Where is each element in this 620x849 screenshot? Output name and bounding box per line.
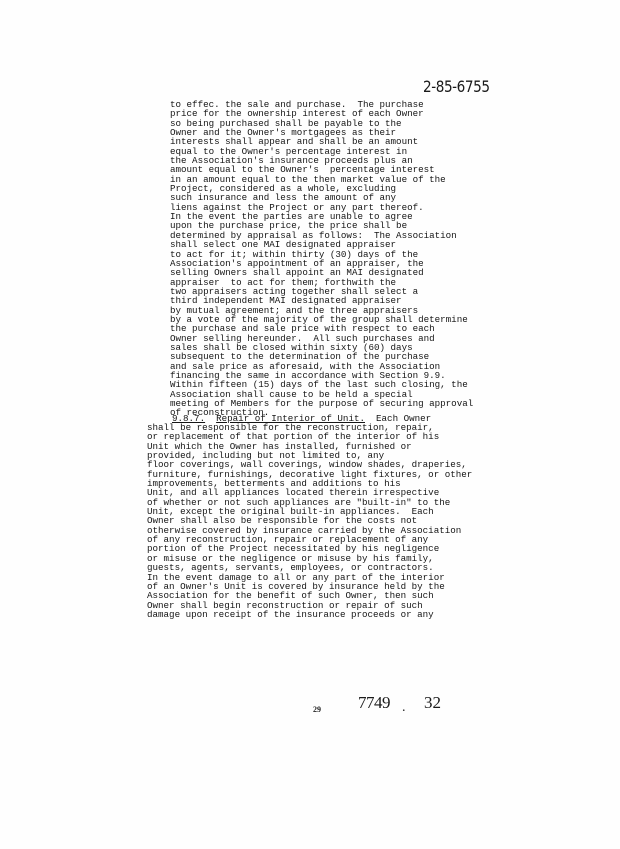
recording-stamp: 2-85-6755 [423, 77, 490, 96]
document-page: 2-85-6755 to effec. the sale and purchas… [0, 0, 620, 849]
book-number: 7749 [358, 693, 390, 713]
paragraph-repair-interior: shall be responsible for the reconstruct… [147, 423, 472, 619]
book-page-number: 32 [424, 693, 441, 713]
text-line: damage upon receipt of the insurance pro… [147, 610, 472, 619]
book-separator: . [402, 700, 406, 716]
page-number: 29 [313, 705, 321, 714]
paragraph-purchase-price: to effec. the sale and purchase. The pur… [170, 100, 473, 418]
